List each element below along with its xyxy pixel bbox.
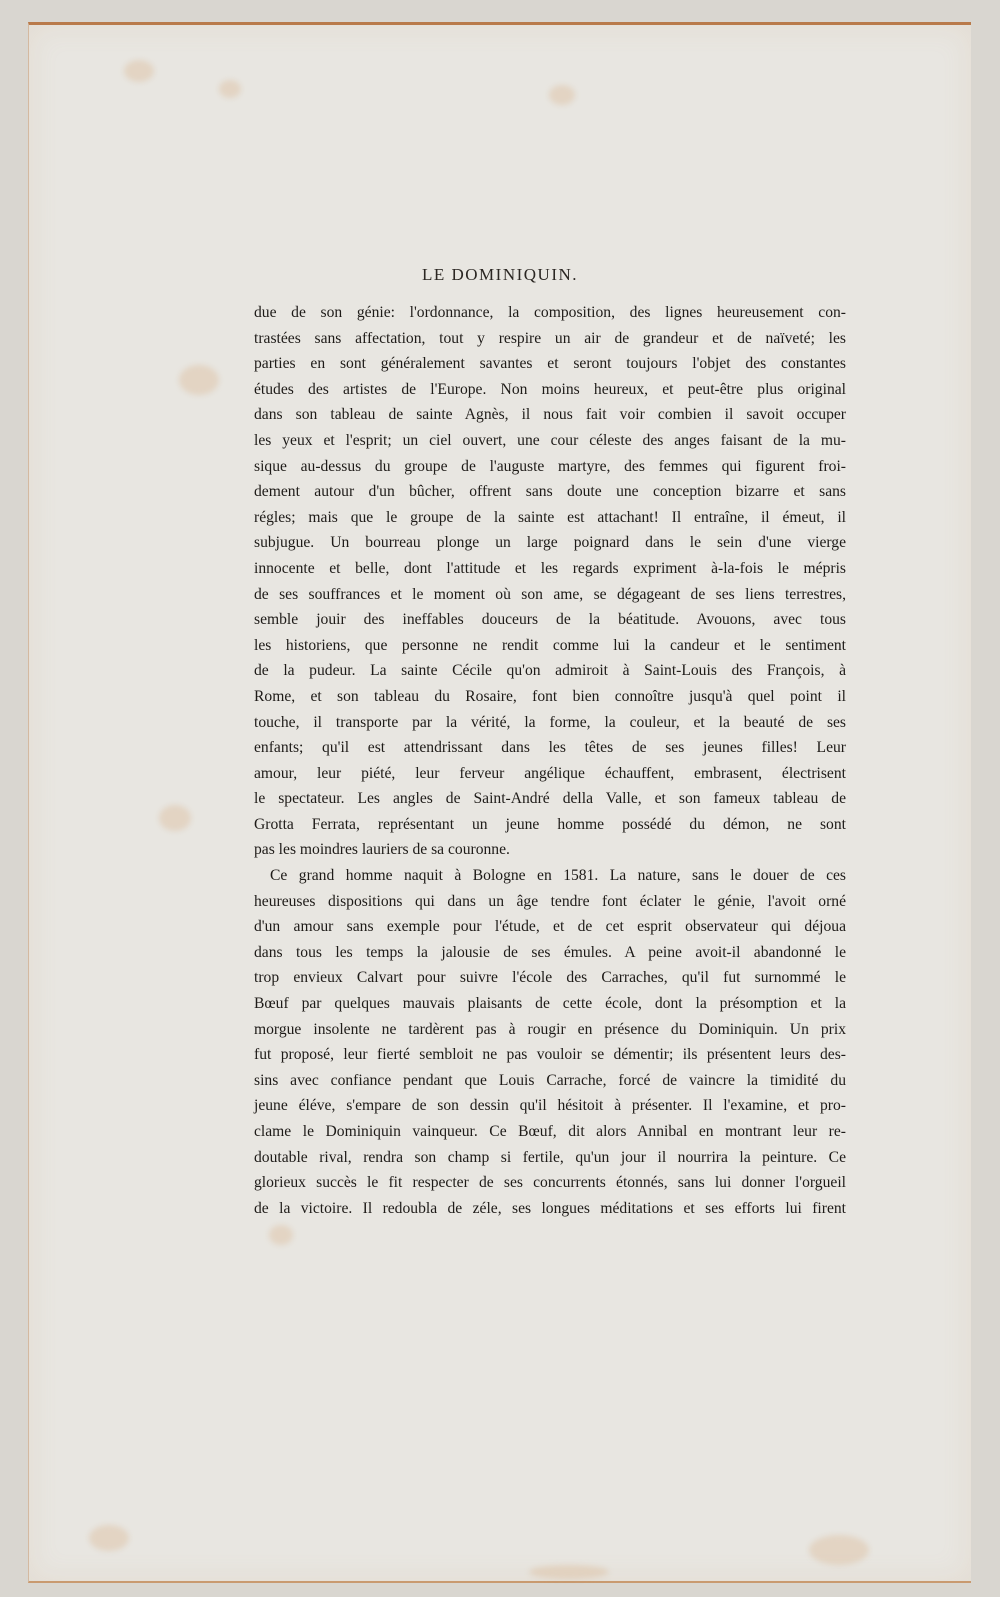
text-line: sique au-dessus du groupe de l'auguste m… xyxy=(254,454,846,480)
text-line: de la pudeur. La sainte Cécile qu'on adm… xyxy=(254,658,846,684)
text-line: heureuses dispositions qui dans un âge t… xyxy=(254,889,846,915)
text-line: les yeux et l'esprit; un ciel ouvert, un… xyxy=(254,428,846,454)
text-line: de ses souffrances et le moment où son a… xyxy=(254,582,846,608)
page-title: LE DOMINIQUIN. xyxy=(29,265,971,285)
text-line: fut proposé, leur fierté sembloit ne pas… xyxy=(254,1042,846,1068)
page-sheet: LE DOMINIQUIN. due de son génie: l'ordon… xyxy=(28,22,971,1583)
stain xyxy=(124,60,154,82)
text-line-paragraph-end: pas les moindres lauriers de sa couronne… xyxy=(254,837,846,863)
text-line: Rome, et son tableau du Rosaire, font bi… xyxy=(254,684,846,710)
text-line: touche, il transporte par la vérité, la … xyxy=(254,710,846,736)
text-line: dans tous les temps la jalousie de ses é… xyxy=(254,940,846,966)
text-line: trop envieux Calvart pour suivre l'école… xyxy=(254,965,846,991)
text-line: enfants; qu'il est attendrissant dans le… xyxy=(254,735,846,761)
text-line: subjugue. Un bourreau plonge un large po… xyxy=(254,530,846,556)
stain xyxy=(179,365,219,395)
text-line: doutable rival, rendra son champ si fert… xyxy=(254,1145,846,1171)
stain xyxy=(219,80,241,98)
text-line: trastées sans affectation, tout y respir… xyxy=(254,326,846,352)
text-line: due de son génie: l'ordonnance, la compo… xyxy=(254,300,846,326)
text-line: sins avec confiance pendant que Louis Ca… xyxy=(254,1068,846,1094)
text-line: d'un amour sans exemple pour l'étude, et… xyxy=(254,914,846,940)
text-line: les historiens, que personne ne rendit c… xyxy=(254,633,846,659)
text-line: parties en sont généralement savantes et… xyxy=(254,351,846,377)
text-line: morgue insolente ne tardèrent pas à roug… xyxy=(254,1017,846,1043)
text-line-paragraph-start: Ce grand homme naquit à Bologne en 1581.… xyxy=(254,863,846,889)
text-line: le spectateur. Les angles de Saint-André… xyxy=(254,786,846,812)
text-line: dans son tableau de sainte Agnès, il nou… xyxy=(254,402,846,428)
stain xyxy=(809,1535,869,1565)
stain xyxy=(529,1565,609,1579)
text-line: régles; mais que le groupe de la sainte … xyxy=(254,505,846,531)
stain xyxy=(269,1225,293,1245)
text-line: de la victoire. Il redoubla de zéle, ses… xyxy=(254,1196,846,1222)
stain xyxy=(89,1525,129,1551)
text-line: jeune éléve, s'empare de son dessin qu'i… xyxy=(254,1093,846,1119)
text-line: glorieux succès le fit respecter de ses … xyxy=(254,1170,846,1196)
text-line: clame le Dominiquin vainqueur. Ce Bœuf, … xyxy=(254,1119,846,1145)
text-line: innocente et belle, dont l'attitude et l… xyxy=(254,556,846,582)
stain xyxy=(549,85,575,105)
stain xyxy=(159,805,191,831)
text-line: amour, leur piété, leur ferveur angéliqu… xyxy=(254,761,846,787)
text-line: Grotta Ferrata, représentant un jeune ho… xyxy=(254,812,846,838)
text-line: études des artistes de l'Europe. Non moi… xyxy=(254,377,846,403)
text-line: semble jouir des ineffables douceurs de … xyxy=(254,607,846,633)
text-line: Bœuf par quelques mauvais plaisants de c… xyxy=(254,991,846,1017)
body-text: due de son génie: l'ordonnance, la compo… xyxy=(254,300,846,1221)
text-line: dement autour d'un bûcher, offrent sans … xyxy=(254,479,846,505)
